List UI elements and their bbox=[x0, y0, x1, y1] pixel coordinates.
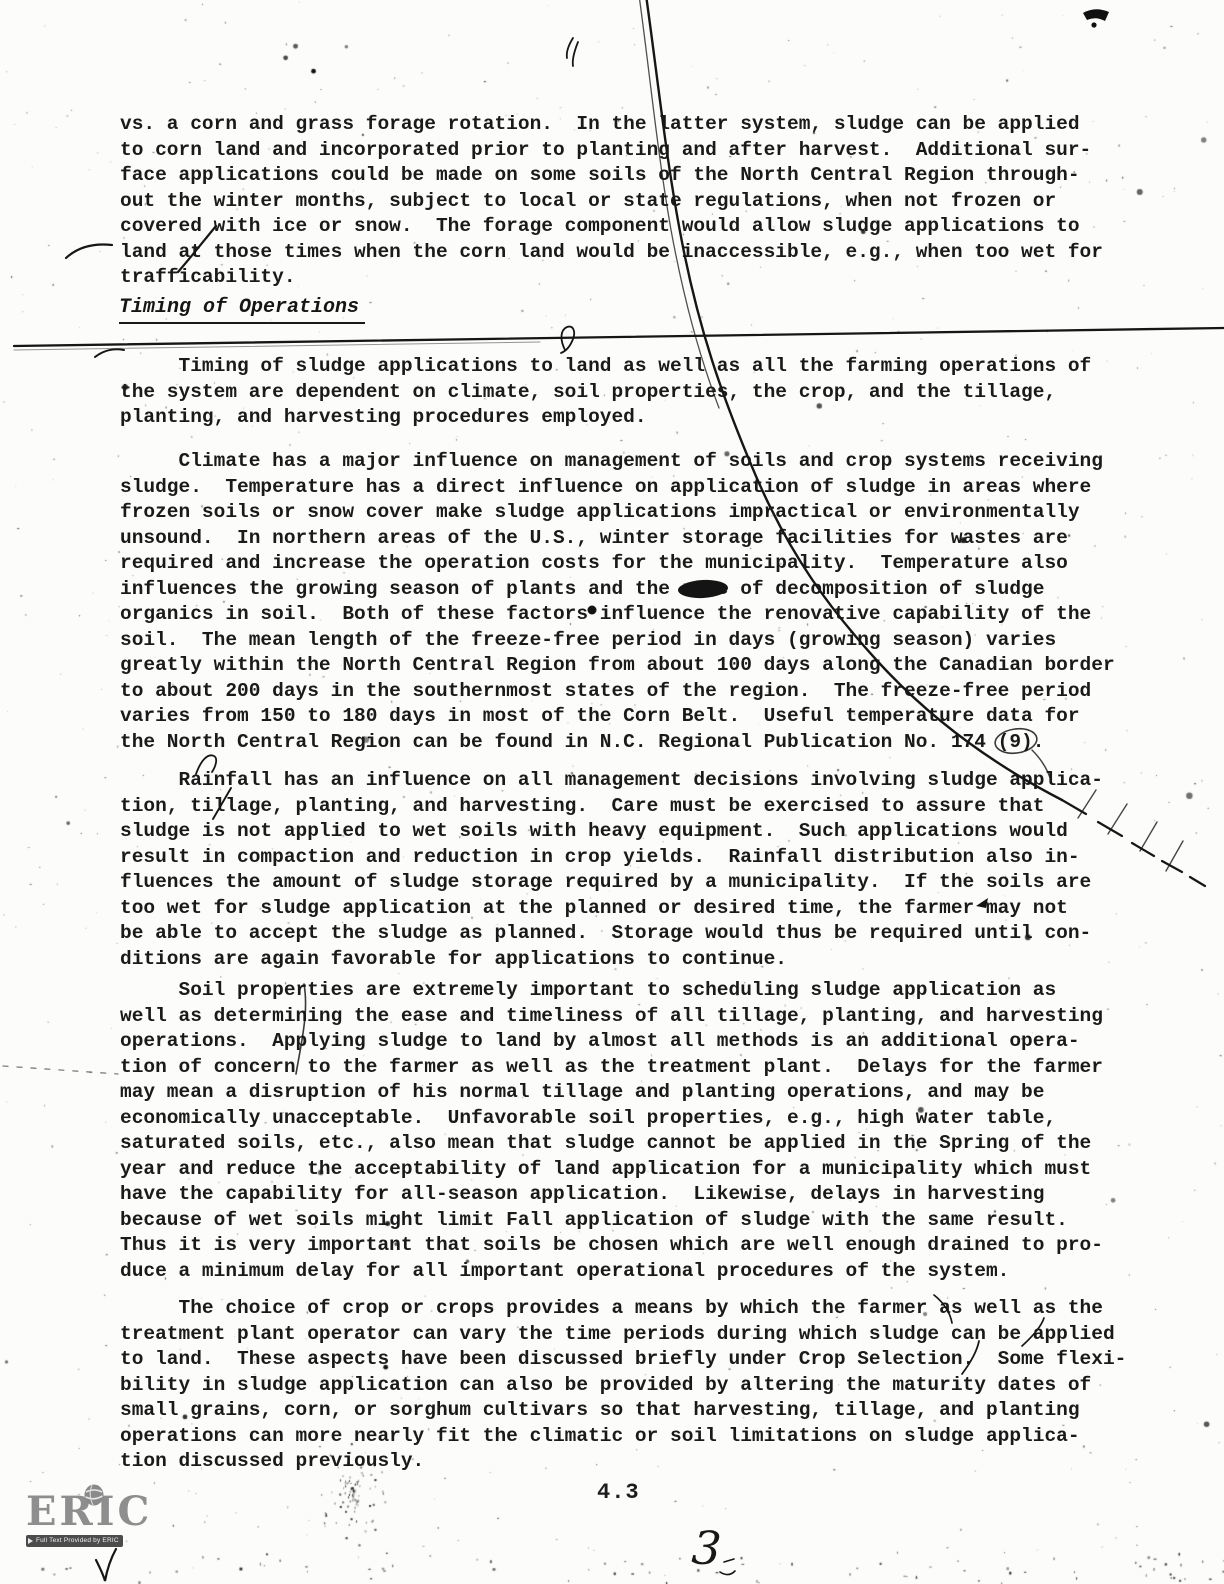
text-line: economically unacceptable. Unfavorable s… bbox=[120, 1106, 1103, 1132]
text-line: may mean a disruption of his normal till… bbox=[120, 1080, 1103, 1106]
paragraph-crop-choice: The choice of crop or crops provides a m… bbox=[120, 1296, 1126, 1475]
handwritten-number: 3 bbox=[691, 1525, 723, 1571]
text-line: fluences the amount of sludge storage re… bbox=[120, 870, 1103, 896]
text-line: too wet for sludge application at the pl… bbox=[120, 896, 1103, 922]
text-line: vs. a corn and grass forage rotation. In… bbox=[120, 112, 1103, 138]
text-line: ditions are again favorable for applicat… bbox=[120, 947, 1103, 973]
text-line: Soil properties are extremely important … bbox=[120, 978, 1103, 1004]
text-line: required and increase the operation cost… bbox=[120, 551, 1115, 577]
text-line: year and reduce the acceptability of lan… bbox=[120, 1157, 1103, 1183]
text-line: planting, and harvesting procedures empl… bbox=[120, 405, 1091, 431]
page-number: 4.3 bbox=[597, 1480, 640, 1505]
text-line: frozen soils or snow cover make sludge a… bbox=[120, 500, 1115, 526]
text-line: Thus it is very important that soils be … bbox=[120, 1233, 1103, 1259]
text-line: to about 200 days in the southernmost st… bbox=[120, 679, 1115, 705]
text-line: land at those times when the corn land w… bbox=[120, 240, 1103, 266]
text-line: soil. The mean length of the freeze-free… bbox=[120, 628, 1115, 654]
text-line: have the capability for all-season appli… bbox=[120, 1182, 1103, 1208]
text-line: Climate has a major influence on managem… bbox=[120, 449, 1115, 475]
text-line: well as determining the ease and timelin… bbox=[120, 1004, 1103, 1030]
text-line: face applications could be made on some … bbox=[120, 163, 1103, 189]
scanned-document-page: vs. a corn and grass forage rotation. In… bbox=[0, 0, 1224, 1584]
text-line: the North Central Region can be found in… bbox=[120, 730, 1115, 756]
globe-icon bbox=[82, 1484, 106, 1513]
text-line: The choice of crop or crops provides a m… bbox=[120, 1296, 1126, 1322]
text-line: trafficability. bbox=[120, 265, 1103, 291]
text-line: out the winter months, subject to local … bbox=[120, 189, 1103, 215]
section-heading: Timing of Operations bbox=[119, 296, 365, 324]
text-line: greatly within the North Central Region … bbox=[120, 653, 1115, 679]
text-line: tion discussed previously. bbox=[120, 1449, 1126, 1475]
text-line: because of wet soils might limit Fall ap… bbox=[120, 1208, 1103, 1234]
text-line: treatment plant operator can vary the ti… bbox=[120, 1322, 1126, 1348]
eric-badge: Full Text Provided by ERIC bbox=[26, 1535, 123, 1547]
text-line: to land. These aspects have been discuss… bbox=[120, 1347, 1126, 1373]
text-line: varies from 150 to 180 days in most of t… bbox=[120, 704, 1115, 730]
text-line: tion, tillage, planting, and harvesting.… bbox=[120, 794, 1103, 820]
text-line: the system are dependent on climate, soi… bbox=[120, 380, 1091, 406]
text-line: be able to accept the sludge as planned.… bbox=[120, 921, 1103, 947]
text-line: unsound. In northern areas of the U.S., … bbox=[120, 526, 1115, 552]
paragraph-climate: Climate has a major influence on managem… bbox=[120, 449, 1115, 755]
text-line: saturated soils, etc., also mean that sl… bbox=[120, 1131, 1103, 1157]
paragraph-rotation: vs. a corn and grass forage rotation. In… bbox=[120, 112, 1103, 291]
text-line: sludge. Temperature has a direct influen… bbox=[120, 475, 1115, 501]
text-line: operations. Applying sludge to land by a… bbox=[120, 1029, 1103, 1055]
eric-logo: ERIC Full Text Provided by ERIC bbox=[26, 1490, 156, 1547]
text-line: to corn land and incorporated prior to p… bbox=[120, 138, 1103, 164]
document-body: vs. a corn and grass forage rotation. In… bbox=[0, 0, 1224, 1584]
text-line: organics in soil. Both of these factors … bbox=[120, 602, 1115, 628]
text-line: result in compaction and reduction in cr… bbox=[120, 845, 1103, 871]
text-line: tion of concern to the farmer as well as… bbox=[120, 1055, 1103, 1081]
text-line: influences the growing season of plants … bbox=[120, 577, 1115, 603]
text-line: operations can more nearly fit the clima… bbox=[120, 1424, 1126, 1450]
paragraph-timing: Timing of sludge applications to land as… bbox=[120, 354, 1091, 431]
text-line: covered with ice or snow. The forage com… bbox=[120, 214, 1103, 240]
text-line: small grains, corn, or sorghum cultivars… bbox=[120, 1398, 1126, 1424]
text-line: Rainfall has an influence on all managem… bbox=[120, 768, 1103, 794]
text-line: bility in sludge application can also be… bbox=[120, 1373, 1126, 1399]
text-line: duce a minimum delay for all important o… bbox=[120, 1259, 1103, 1285]
text-line: Timing of sludge applications to land as… bbox=[120, 354, 1091, 380]
paragraph-soil-properties: Soil properties are extremely important … bbox=[120, 978, 1103, 1284]
text-line: sludge is not applied to wet soils with … bbox=[120, 819, 1103, 845]
paragraph-rainfall: Rainfall has an influence on all managem… bbox=[120, 768, 1103, 972]
